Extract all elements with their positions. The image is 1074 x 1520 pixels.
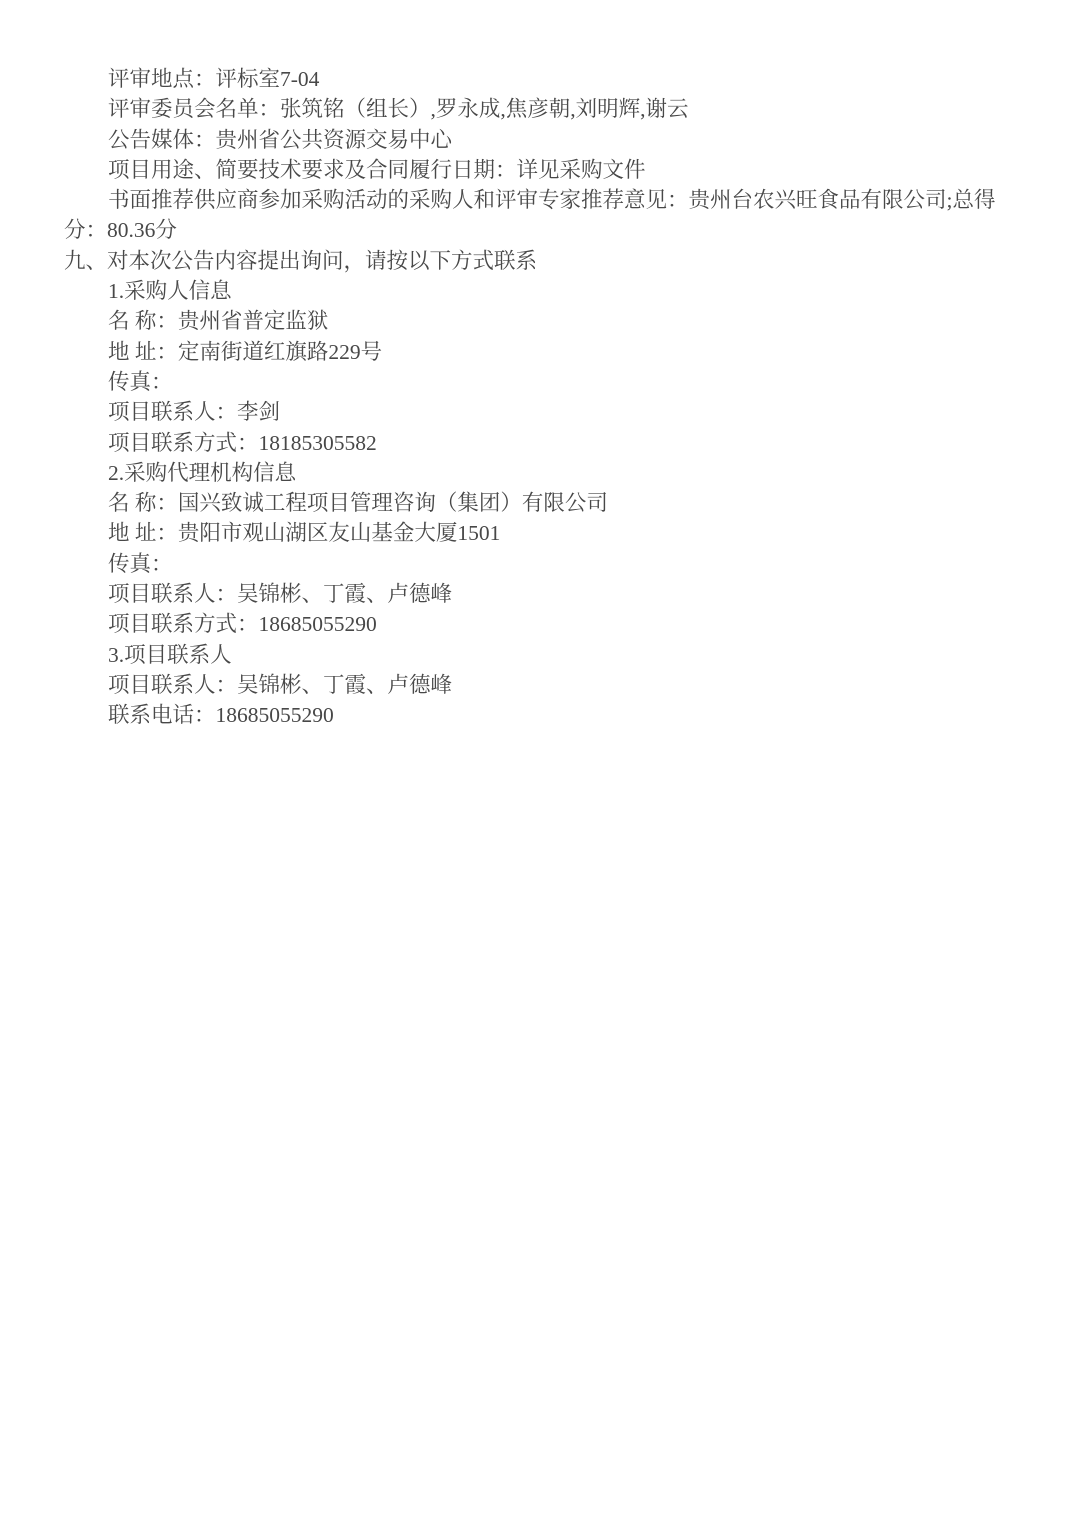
recommendation-opinion-line: 书面推荐供应商参加采购活动的采购人和评审专家推荐意见：贵州台农兴旺食品有限公司;…: [64, 185, 1014, 215]
purchaser-address-line: 地 址：定南街道红旗路229号: [64, 337, 1014, 367]
purchaser-contact-line: 项目联系人：李剑: [64, 397, 1014, 427]
announcement-media-line: 公告媒体：贵州省公共资源交易中心: [64, 125, 1014, 155]
purchaser-fax-line: 传真：: [64, 367, 1014, 397]
agency-fax-line: 传真：: [64, 549, 1014, 579]
section-9-heading: 九、对本次公告内容提出询问，请按以下方式联系: [64, 246, 1014, 276]
agency-info-heading: 2.采购代理机构信息: [64, 458, 1014, 488]
project-contact-heading: 3.项目联系人: [64, 640, 1014, 670]
review-committee-line: 评审委员会名单：张筑铭（组长）,罗永成,焦彦朝,刘明辉,谢云: [64, 94, 1014, 124]
agency-address-line: 地 址：贵阳市观山湖区友山基金大厦1501: [64, 518, 1014, 548]
review-location-line: 评审地点：评标室7-04: [64, 64, 1014, 94]
recommendation-opinion-continuation: 分：80.36分: [64, 215, 1014, 245]
project-purpose-line: 项目用途、简要技术要求及合同履行日期：详见采购文件: [64, 155, 1014, 185]
agency-name-line: 名 称：国兴致诚工程项目管理咨询（集团）有限公司: [64, 488, 1014, 518]
purchaser-name-line: 名 称：贵州省普定监狱: [64, 306, 1014, 336]
agency-phone-line: 项目联系方式：18685055290: [64, 609, 1014, 639]
project-contact-phone-line: 联系电话：18685055290: [64, 700, 1014, 730]
agency-contact-line: 项目联系人：吴锦彬、丁霞、卢德峰: [64, 579, 1014, 609]
document-page: 评审地点：评标室7-04 评审委员会名单：张筑铭（组长）,罗永成,焦彦朝,刘明辉…: [0, 0, 1074, 1520]
purchaser-info-heading: 1.采购人信息: [64, 276, 1014, 306]
purchaser-phone-line: 项目联系方式：18185305582: [64, 428, 1014, 458]
project-contact-line: 项目联系人：吴锦彬、丁霞、卢德峰: [64, 670, 1014, 700]
